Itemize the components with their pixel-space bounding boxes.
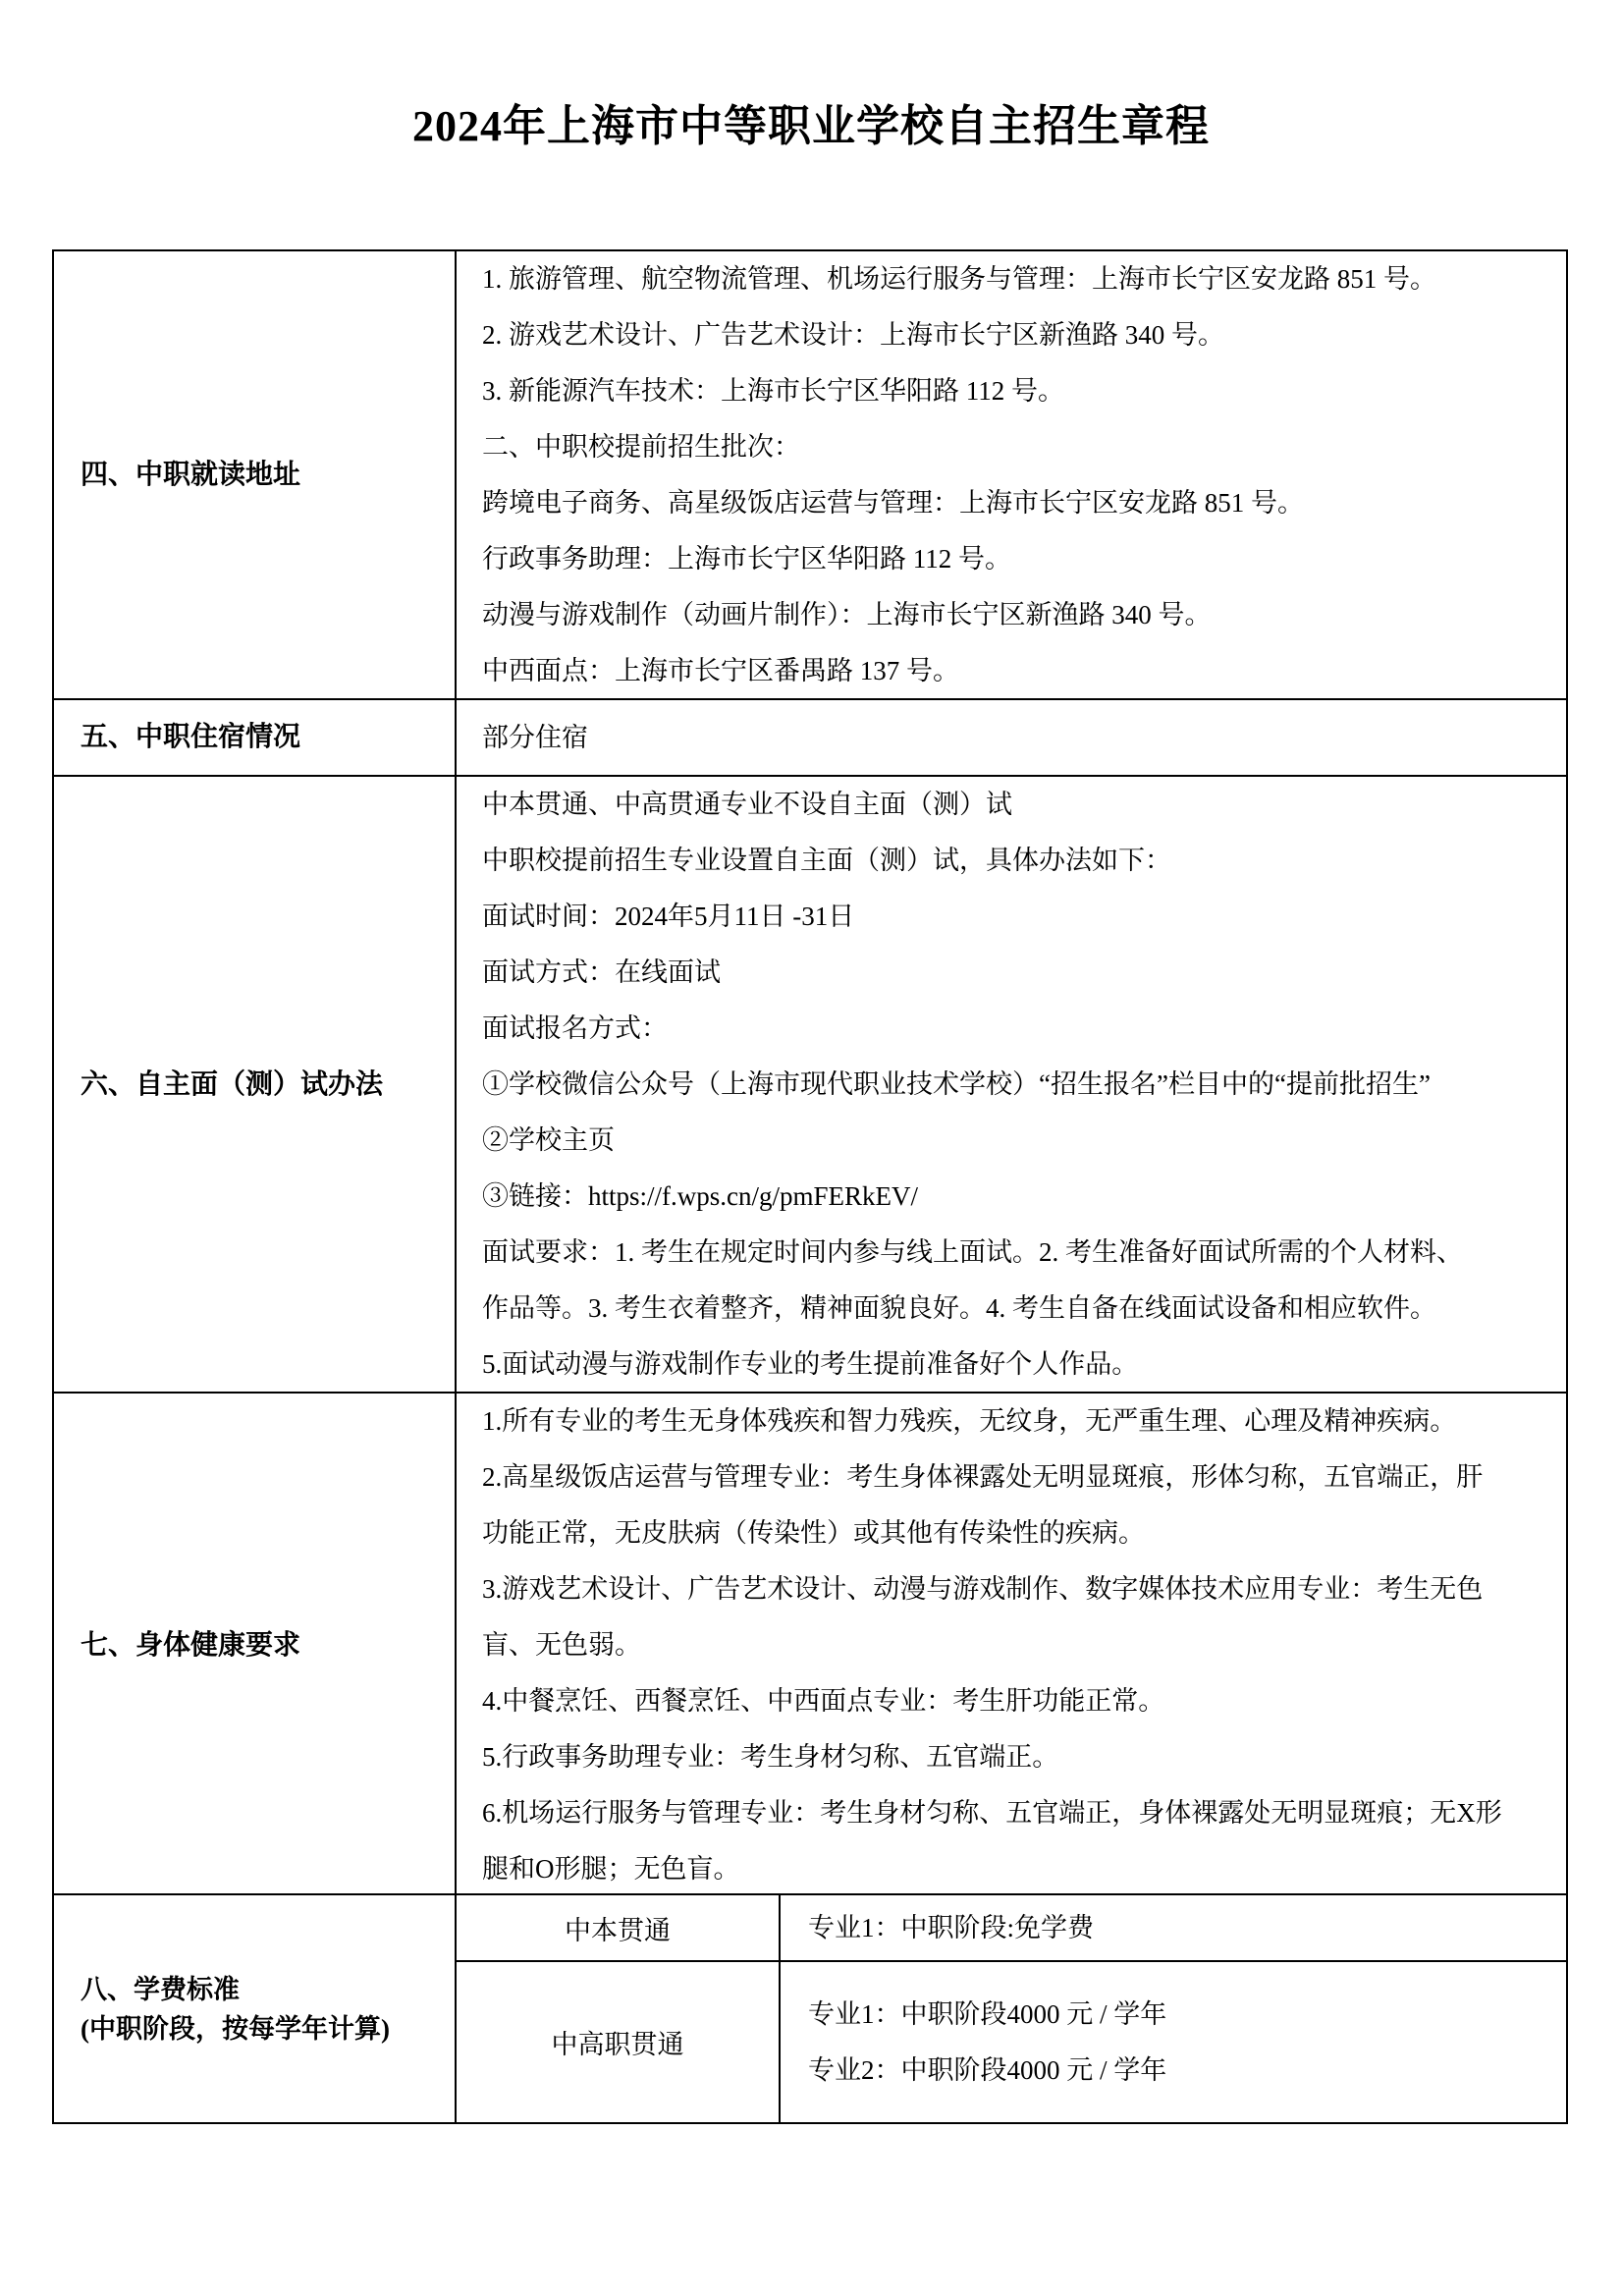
text-line: 2. 游戏艺术设计、广告艺术设计：上海市长宁区新渔路 340 号。 [482,307,1552,363]
text-line: 5.行政事务助理专业：考生身材匀称、五官端正。 [482,1729,1552,1785]
document-title: 2024年上海市中等职业学校自主招生章程 [0,90,1622,153]
row-label-tuition: 八、学费标准 (中职阶段，按每学年计算) [54,1895,457,2122]
text-line: 面试方式：在线面试 [482,945,1552,1001]
text-line: 部分住宿 [482,710,1552,766]
text-line: 5.面试动漫与游戏制作专业的考生提前准备好个人作品。 [482,1337,1552,1393]
table-row-address: 四、中职就读地址 1. 旅游管理、航空物流管理、机场运行服务与管理：上海市长宁区… [54,251,1566,698]
text-line: 中本贯通、中高贯通专业不设自主面（测）试 [482,777,1552,833]
text-line: 功能正常，无皮肤病（传染性）或其他有传染性的疾病。 [482,1505,1552,1561]
table-row-tuition: 八、学费标准 (中职阶段，按每学年计算) 中本贯通 专业1：中职阶段:免学费 中… [54,1893,1566,2122]
row-content-dormitory: 部分住宿 [457,700,1566,775]
text-line: 1.所有专业的考生无身体残疾和智力残疾，无纹身，无严重生理、心理及精神疾病。 [482,1394,1552,1449]
text-line: 专业2：中职阶段4000 元 / 学年 [808,2043,1566,2099]
text-line: 盲、无色弱。 [482,1617,1552,1673]
table-row-interview: 六、自主面（测）试办法 中本贯通、中高贯通专业不设自主面（测）试中职校提前招生专… [54,775,1566,1392]
text-line: 中职校提前招生专业设置自主面（测）试，具体办法如下： [482,833,1552,889]
text-line: 作品等。3. 考生衣着整齐，精神面貌良好。4. 考生自备在线面试设备和相应软件。 [482,1281,1552,1337]
text-line: 4.中餐烹饪、西餐烹饪、中西面点专业：考生肝功能正常。 [482,1673,1552,1729]
tuition-value-zhongben: 专业1：中职阶段:免学费 [781,1895,1566,1962]
text-line: 行政事务助理：上海市长宁区华阳路 112 号。 [482,531,1552,587]
row-label-dormitory: 五、中职住宿情况 [54,700,457,775]
text-line: 面试时间：2024年5月11日 -31日 [482,889,1552,945]
row-label-interview: 六、自主面（测）试办法 [54,777,457,1393]
text-line: 3.游戏艺术设计、广告艺术设计、动漫与游戏制作、数字媒体技术应用专业：考生无色 [482,1561,1552,1617]
table-row-health: 七、身体健康要求 1.所有专业的考生无身体残疾和智力残疾，无纹身，无严重生理、心… [54,1392,1566,1893]
row-label-address: 四、中职就读地址 [54,251,457,699]
row-content-health: 1.所有专业的考生无身体残疾和智力残疾，无纹身，无严重生理、心理及精神疾病。2.… [457,1394,1566,1897]
tuition-category-zhonggaozhi: 中高职贯通 [457,1962,781,2122]
text-line: ①学校微信公众号（上海市现代职业技术学校）“招生报名”栏目中的“提前批招生” [482,1057,1552,1113]
text-line: ③链接：https://f.wps.cn/g/pmFERkEV/ [482,1169,1552,1225]
text-line: 面试要求：1. 考生在规定时间内参与线上面试。2. 考生准备好面试所需的个人材料… [482,1225,1552,1281]
tuition-value-zhonggaozhi: 专业1：中职阶段4000 元 / 学年专业2：中职阶段4000 元 / 学年 [781,1962,1566,2122]
row-label-health: 七、身体健康要求 [54,1394,457,1897]
text-line: 2.高星级饭店运营与管理专业：考生身体裸露处无明显斑痕，形体匀称，五官端正，肝 [482,1449,1552,1505]
tuition-subtable: 中本贯通 专业1：中职阶段:免学费 中高职贯通 专业1：中职阶段4000 元 /… [457,1895,1566,2122]
text-line: 跨境电子商务、高星级饭店运营与管理：上海市长宁区安龙路 851 号。 [482,475,1552,531]
text-line: 专业1：中职阶段:免学费 [808,1900,1566,1956]
text-line: 专业1：中职阶段4000 元 / 学年 [808,1987,1566,2043]
text-line: 6.机场运行服务与管理专业：考生身材匀称、五官端正，身体裸露处无明显斑痕；无X形 [482,1785,1552,1841]
tuition-label-line2: (中职阶段，按每学年计算) [81,2009,445,2049]
enrollment-info-table: 四、中职就读地址 1. 旅游管理、航空物流管理、机场运行服务与管理：上海市长宁区… [52,249,1568,2124]
row-content-interview: 中本贯通、中高贯通专业不设自主面（测）试中职校提前招生专业设置自主面（测）试，具… [457,777,1566,1393]
text-line: 腿和O形腿；无色盲。 [482,1841,1552,1897]
tuition-label-line1: 八、学费标准 [81,1970,445,2009]
text-line: ②学校主页 [482,1113,1552,1169]
text-line: 中西面点：上海市长宁区番禺路 137 号。 [482,643,1552,699]
row-content-address: 1. 旅游管理、航空物流管理、机场运行服务与管理：上海市长宁区安龙路 851 号… [457,251,1566,699]
document-page: 2024年上海市中等职业学校自主招生章程 四、中职就读地址 1. 旅游管理、航空… [0,0,1622,2296]
text-line: 3. 新能源汽车技术：上海市长宁区华阳路 112 号。 [482,363,1552,419]
text-line: 动漫与游戏制作（动画片制作）：上海市长宁区新渔路 340 号。 [482,587,1552,643]
text-line: 1. 旅游管理、航空物流管理、机场运行服务与管理：上海市长宁区安龙路 851 号… [482,251,1552,307]
table-row-dormitory: 五、中职住宿情况 部分住宿 [54,698,1566,775]
text-line: 面试报名方式： [482,1001,1552,1057]
text-line: 二、中职校提前招生批次： [482,419,1552,475]
tuition-category-zhongben: 中本贯通 [457,1895,781,1962]
